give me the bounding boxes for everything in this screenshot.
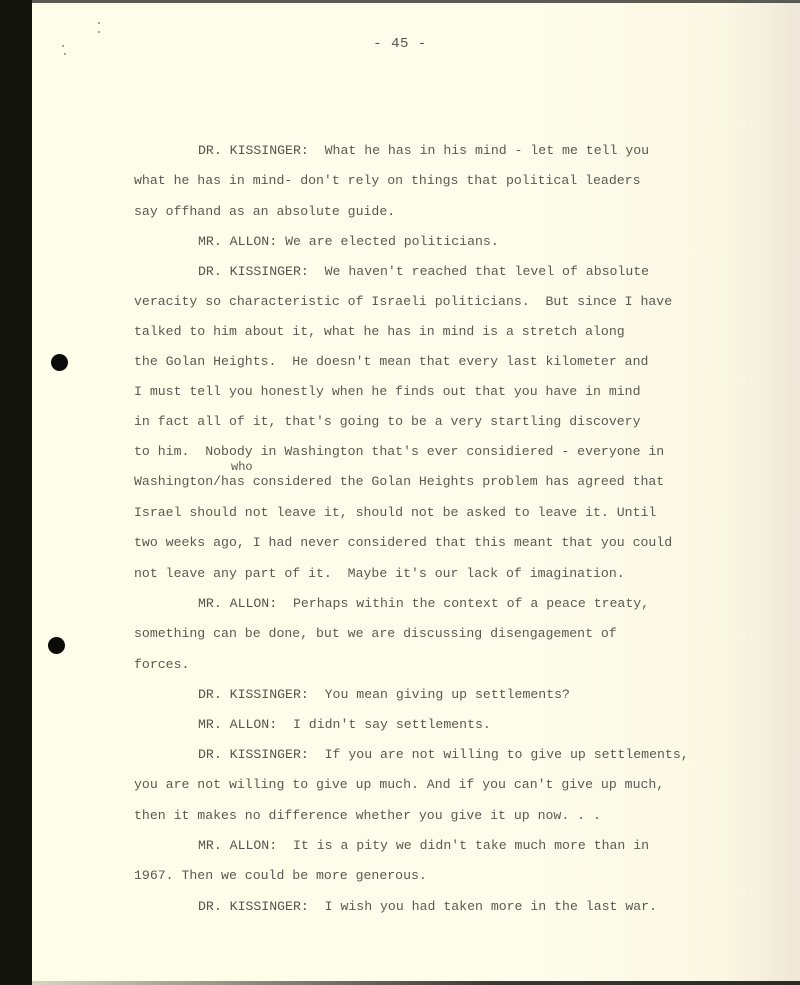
transcript-line: veracity so characteristic of Israeli po… — [134, 294, 672, 310]
transcript-line: what he has in mind- don't rely on thing… — [134, 173, 640, 189]
transcript-line: DR. KISSINGER: What he has in his mind -… — [198, 143, 649, 159]
transcript-line: DR. KISSINGER: If you are not willing to… — [198, 747, 689, 763]
transcript-line: something can be done, but we are discus… — [134, 626, 617, 642]
speaker-label: MR. ALLON: — [198, 838, 277, 853]
scanned-page: - 45 - DR. KISSINGER: What he has in his… — [0, 0, 800, 985]
speaker-label: MR. ALLON: — [198, 234, 277, 249]
scan-left-border — [0, 0, 32, 985]
transcript-line: not leave any part of it. Maybe it's our… — [134, 566, 625, 582]
speaker-label: DR. KISSINGER: — [198, 747, 309, 762]
line-text: We are elected politicians. — [285, 234, 499, 249]
transcript-line: to him. Nobody in Washington that's ever… — [134, 444, 664, 460]
scan-top-edge — [32, 0, 800, 3]
page-number: - 45 - — [0, 36, 800, 52]
speaker-label: DR. KISSINGER: — [198, 264, 309, 279]
transcript-line: DR. KISSINGER: You mean giving up settle… — [198, 687, 570, 703]
speaker-label: DR. KISSINGER: — [198, 143, 309, 158]
transcript-line: MR. ALLON: Perhaps within the context of… — [198, 596, 649, 612]
dust-speck — [98, 22, 100, 24]
punch-hole-lower — [48, 637, 65, 654]
speaker-label: MR. ALLON: — [198, 596, 277, 611]
transcript-line: I must tell you honestly when he finds o… — [134, 384, 640, 400]
transcript-line: two weeks ago, I had never considered th… — [134, 535, 672, 551]
transcript-line: DR. KISSINGER: I wish you had taken more… — [198, 899, 657, 915]
transcript-line: MR. ALLON: We are elected politicians. — [198, 234, 499, 250]
transcript-line: you are not willing to give up much. And… — [134, 777, 664, 793]
transcript-line: MR. ALLON: It is a pity we didn't take m… — [198, 838, 649, 854]
transcript-line: Israel should not leave it, should not b… — [134, 505, 656, 521]
line-text: We haven't reached that level of absolut… — [325, 264, 649, 279]
transcript-line: say offhand as an absolute guide. — [134, 204, 395, 220]
transcript-line: in fact all of it, that's going to be a … — [134, 414, 640, 430]
transcript-line: MR. ALLON: I didn't say settlements. — [198, 717, 491, 733]
transcript-line: forces. — [134, 657, 189, 673]
transcript-line: the Golan Heights. He doesn't mean that … — [134, 354, 648, 370]
line-text: If you are not willing to give up settle… — [325, 747, 689, 762]
line-text: It is a pity we didn't take much more th… — [293, 838, 649, 853]
handwritten-insert: who — [231, 461, 253, 473]
line-text: What he has in his mind - let me tell yo… — [325, 143, 649, 158]
dust-speck — [98, 31, 100, 33]
speaker-label: MR. ALLON: — [198, 717, 277, 732]
line-text: You mean giving up settlements? — [325, 687, 570, 702]
punch-hole-upper — [51, 354, 68, 371]
transcript-line: Washington/has considered the Golan Heig… — [134, 474, 664, 490]
speaker-label: DR. KISSINGER: — [198, 899, 309, 914]
line-text: I didn't say settlements. — [293, 717, 491, 732]
line-text: Perhaps within the context of a peace tr… — [293, 596, 649, 611]
line-text: I wish you had taken more in the last wa… — [325, 899, 657, 914]
transcript-line: 1967. Then we could be more generous. — [134, 868, 427, 884]
dust-speck — [64, 53, 66, 55]
speaker-label: DR. KISSINGER: — [198, 687, 309, 702]
transcript-line: then it makes no difference whether you … — [134, 808, 601, 824]
scan-bottom-edge — [32, 981, 800, 985]
transcript-line: talked to him about it, what he has in m… — [134, 324, 625, 340]
transcript-line: DR. KISSINGER: We haven't reached that l… — [198, 264, 649, 280]
